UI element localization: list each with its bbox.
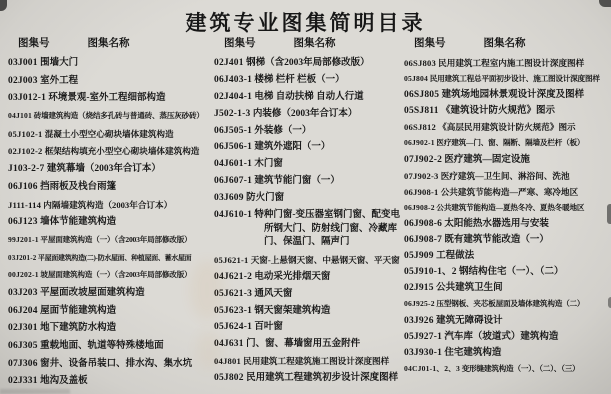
atlas-name: 建筑无障碍设计 [436,316,503,326]
atlas-name: 坡屋面建筑构造（一）（含2003年局部修改版） [40,270,191,279]
atlas-name: 百叶窗 [254,322,283,332]
catalog-entry: 04J101 砖墙建筑构造（烧结多孔砖与普通砖、蒸压灰砂砖） [8,110,210,123]
atlas-number: 05J802 [214,373,244,383]
scan-artifact [0,389,70,394]
atlas-number: 04J601-1 [214,159,252,169]
scan-artifact [607,204,611,224]
catalog-entry: 05J802 民用建筑工程建筑初步设计深度图样 [214,372,404,385]
scan-artifact [196,330,222,370]
atlas-name: 公共建筑节能构造—夏热冬冷、夏热冬暖地区 [436,203,584,212]
catalog-entry: 03J203 平屋面改坡屋面建筑构造 [8,287,210,300]
atlas-number: 06J106 [8,182,38,192]
atlas-number: 05J624-1 [214,322,252,332]
atlas-name: 特种门窗-变压器室钢门窗、配变电所钢大门、防射线门窗、冷藏库门、保温门、隔声门 [254,210,400,247]
atlas-name: 民用建筑工程室内施工图设计深度图样 [438,58,584,68]
atlas-name: 砖墙建筑构造（烧结多孔砖与普通砖、蒸压灰砂砖） [34,111,204,120]
catalog-entry: J111-114 内隔墙建筑构造（2003年合订本） [8,199,210,212]
atlas-number: 06J204 [8,306,38,316]
column-header-atlas-no: 图集号 [414,38,446,49]
catalog-entry: 02J915 公共建筑卫生间 [404,282,609,295]
catalog-entry: 06J908-6 太阳能热水器选用与安装 [404,218,609,231]
catalog-entry: 02J331 地沟及盖板 [8,375,210,388]
catalog-entry: 03J201-2 平屋面建筑构造(二)-防水屋面、种植屋面、蓄水屋面 [8,252,210,265]
atlas-name: 外装修（一） [254,126,311,136]
atlas-number: 06J505-1 [214,126,252,136]
catalog-entry: 07J902-3 医疗建筑—卫生间、淋浴间、洗池 [404,170,609,183]
catalog-entry: 04J601-1 木门窗 [214,158,404,171]
atlas-name: 内隔墙建筑构造（2003年合订本） [43,200,172,210]
atlas-name: 平屋面改坡屋面建筑构造 [40,288,145,298]
atlas-name: 民用建筑工程建筑施工图设计深度图样 [243,356,389,366]
atlas-name: 环境景观-室外工程细部构造 [48,93,165,103]
catalog-entry: 03J926 建筑无障碍设计 [404,315,609,328]
atlas-name: 墙体节能建筑构造 [40,217,116,227]
atlas-number: 05J927-1 [404,332,442,342]
catalog-entry: 07J902-2 医疗建筑—固定设施 [404,154,609,167]
catalog-entry: 05J804 民用建筑工程总平面初步设计、施工图设计深度图样 [404,73,609,86]
catalog-column-middle: 图集号图集名称 02J401 钢梯（含2003年局部修改版）06J403-1 楼… [214,37,404,389]
column-header: 图集号图集名称 [404,37,609,51]
catalog-entry: 03J012-1 环境景观-室外工程细部构造 [8,92,210,105]
atlas-name: 地沟及盖板 [40,376,88,386]
atlas-number: 02J915 [404,283,434,293]
atlas-number: 06SJ805 [404,90,439,100]
atlas-name: 屋面节能建筑构造 [40,306,116,316]
catalog-entry: 04J801 民用建筑工程建筑施工图设计深度图样 [214,355,404,368]
atlas-name: 窗井、设备吊装口、排水沟、集水坑 [40,359,192,369]
atlas-name: 建筑外遮阳（一） [254,142,330,152]
atlas-name: 内装修（2003年合订本） [253,109,358,119]
atlas-number: J502-1-3 [214,109,250,119]
atlas-name: 混凝土小型空心砌块墙体建筑构造 [45,129,174,139]
catalog-entry: 06J908-1 公共建筑节能构造—严寒、寒冷地区 [404,186,609,199]
atlas-number: 99J201-1 [8,235,39,244]
catalog-entry: 06J305 重载地面、轨道等特殊楼地面 [8,340,210,353]
document-page: 建筑专业图集简明目录 图集号图集名称 03J001 围墙大门02J003 室外工… [0,0,611,394]
catalog-entry: 04CJ01-1、2、3 变形缝建筑构造（一）、（二）、（三） [404,363,609,376]
catalog-entry: 04J631 门、窗、幕墙窗用五金附件 [214,338,404,351]
catalog-entry: 06J925-2 压型钢板、夹芯板屋面及墙体建筑构造（二） [404,298,609,311]
atlas-name: 平屋面建筑构造（一）（含2003年局部修改版） [40,235,191,244]
catalog-entry: 06J607-1 建筑节能门窗（一） [214,175,404,188]
atlas-number: 06J607-1 [214,176,252,186]
catalog-entry: 04J610-1 特种门窗-变压器室钢门窗、配变电所钢大门、防射线门窗、冷藏库门… [214,209,404,250]
atlas-name: 木门窗 [254,159,283,169]
catalog-entry: 06J123 墙体节能建筑构造 [8,216,210,229]
atlas-number: J103-2-7 [8,164,44,174]
atlas-name: 《建筑设计防火规范》图示 [441,106,555,116]
catalog-entry: 07J306 窗井、设备吊装口、排水沟、集水坑 [8,358,210,371]
catalog-entry: 05J624-1 百叶窗 [214,321,404,334]
atlas-number: 06J908-1 [404,187,439,197]
catalog-entry: 06J204 屋面节能建筑构造 [8,305,210,318]
atlas-name: 公共建筑卫生间 [436,283,503,293]
atlas-number: 06J908-6 [404,219,442,229]
atlas-number: 03J001 [8,58,38,68]
catalog-entry: 03J609 防火门窗 [214,192,404,205]
catalog-entry: 05J621-1 天窗-上悬钢天窗、中悬钢天窗、平天窗 [214,254,404,267]
catalog-entry: 05J102-1 混凝土小型空心砌块墙体建筑构造 [8,128,210,141]
atlas-number: 02J102-2 [8,146,43,156]
atlas-name: 医疗建筑—门、窗、隔断、隔墙及栏杆（板） [436,138,584,147]
atlas-name: 住宅建筑构造 [444,348,501,358]
column-header-atlas-name: 图集名称 [294,38,336,49]
catalog-entry: 02J102-2 框架结构填充小型空心砌块墙体建筑构造 [8,145,210,158]
catalog-entry: 06J506-1 建筑外遮阳（一） [214,141,404,154]
atlas-name: 电梯 自动扶梯 自动人行道 [254,92,363,102]
catalog-entry: 05J910-1、2 钢结构住宅（一）、（二） [404,266,609,279]
atlas-number: 03J201-2 [8,254,36,262]
atlas-number: 04J101 [8,111,32,120]
atlas-number: 05J910-1、2 [404,267,457,277]
catalog-entry: 02J404-1 电梯 自动扶梯 自动人行道 [214,91,404,104]
atlas-number: 05J621-1 [214,255,249,265]
atlas-name: 电动采光排烟天窗 [254,272,330,282]
atlas-number: 05J804 [404,74,428,83]
column-header-atlas-no: 图集号 [18,38,50,49]
atlas-name: 太阳能热水器选用与安装 [444,219,549,229]
atlas-number: 02J401 [214,58,244,68]
atlas-number: 06J925-2 [404,299,435,308]
catalog-entry: 06J902-1 医疗建筑—门、窗、隔断、隔墙及栏杆（板） [404,137,609,150]
atlas-number: 06SJ803 [404,58,436,68]
atlas-number: 07J306 [8,359,38,369]
catalog-entry: J103-2-7 建筑幕墙（2003年合订本） [8,163,210,176]
catalog-entry: 05J927-1 汽车库（坡道式）建筑构造 [404,331,609,344]
atlas-number: J111-114 [8,200,41,210]
atlas-name: 钢梯（含2003年局部修改版） [246,58,370,68]
catalog-entry: 02J301 地下建筑防水构造 [8,322,210,335]
catalog-rows: 06SJ803 民用建筑工程室内施工图设计深度图样05J804 民用建筑工程总平… [404,57,609,375]
atlas-number: 06J123 [8,217,38,227]
atlas-number: 02J404-1 [214,92,252,102]
atlas-number: 07J902-3 [404,171,439,181]
catalog-entry: 02J401 钢梯（含2003年局部修改版） [214,57,404,70]
atlas-name: 既有建筑节能改造（一） [444,235,549,245]
atlas-number: 06J403-1 [214,75,252,85]
catalog-entry: 06SJ812 《高层民用建筑设计防火规范》图示 [404,121,609,134]
atlas-name: 通风天窗 [254,289,292,299]
atlas-name: 《高层民用建筑设计防火规范》图示 [438,122,576,132]
atlas-name: 民用建筑工程建筑初步设计深度图样 [246,373,398,383]
atlas-number: 03J609 [214,193,244,203]
catalog-column-left: 图集号图集名称 03J001 围墙大门02J003 室外工程03J012-1 环… [8,37,210,393]
catalog-entry: 06J106 挡雨板及栈台雨篷 [8,181,210,194]
column-header-atlas-name: 图集名称 [484,38,526,49]
atlas-number: 02J331 [8,376,38,386]
catalog-entry: 05SJ811 《建筑设计防火规范》图示 [404,105,609,118]
atlas-name: 挡雨板及栈台雨篷 [40,182,116,192]
atlas-number: 06J305 [8,341,38,351]
catalog-entry: 05J909 工程做法 [404,250,609,263]
atlas-number: 04J610-1 [214,210,252,220]
atlas-name: 汽车库（坡道式）建筑构造 [444,332,558,342]
atlas-number: 03J926 [404,316,434,326]
atlas-number: 02J301 [8,323,38,333]
atlas-number: 05J909 [404,251,434,261]
catalog-rows: 03J001 围墙大门02J003 室外工程03J012-1 环境景观-室外工程… [8,57,210,388]
atlas-number: 05J102-1 [8,129,43,139]
column-header-atlas-no: 图集号 [224,38,256,49]
atlas-name: 建筑场地园林景观设计深度及图样 [442,90,585,100]
catalog-entry: 03J930-1 住宅建筑构造 [404,347,609,360]
atlas-name: 民用建筑工程总平面初步设计、施工图设计深度图样 [430,74,600,83]
catalog-entry: 02J003 室外工程 [8,75,210,88]
catalog-entry: 99J201-1 平屋面建筑构造（一）（含2003年局部修改版） [8,234,210,247]
atlas-name: 平屋面建筑构造(二)-防水屋面、种植屋面、蓄水屋面 [38,254,192,262]
atlas-number: 06SJ812 [404,122,436,132]
catalog-entry: 03J001 围墙大门 [8,57,210,70]
atlas-number: 06J506-1 [214,142,252,152]
atlas-name: 医疗建筑—卫生间、淋浴间、洗池 [441,171,570,181]
atlas-name: 楼梯 栏杆 栏板（一） [254,75,344,85]
scan-artifact [599,0,611,7]
atlas-name: 工程做法 [436,251,474,261]
atlas-name: 建筑幕墙（2003年合订本） [47,164,161,174]
page-title: 建筑专业图集简明目录 [0,7,611,37]
atlas-number: 03J203 [8,288,38,298]
atlas-name: 钢结构住宅（一）、（二） [459,267,564,277]
atlas-number: 02J003 [8,76,38,86]
atlas-name: 压型钢板、夹芯板屋面及墙体建筑构造（二） [436,299,584,308]
atlas-number: 06J908-2 [404,203,435,212]
atlas-number: 03J930-1 [404,348,442,358]
atlas-number: 05SJ811 [404,106,439,116]
catalog-rows: 02J401 钢梯（含2003年局部修改版）06J403-1 楼梯 栏杆 栏板（… [214,57,404,385]
catalog-entry: 06J505-1 外装修（一） [214,125,404,138]
atlas-number: 03J012-1 [8,93,46,103]
catalog-entry: 06J908-7 既有建筑节能改造（一） [404,234,609,247]
atlas-number: 04CJ01-1、2、3 [404,364,460,373]
catalog-entry: 04J621-2 电动采光排烟天窗 [214,271,404,284]
catalog-entry: 05J623-1 钢天窗架建筑构造 [214,305,404,318]
atlas-number: 00J202-1 [8,270,39,279]
catalog-entry: 06J908-2 公共建筑节能构造—夏热冬冷、夏热冬暖地区 [404,202,609,215]
catalog-entry: 06SJ803 民用建筑工程室内施工图设计深度图样 [404,57,609,70]
column-header: 图集号图集名称 [214,37,404,51]
atlas-name: 围墙大门 [40,58,78,68]
atlas-name: 医疗建筑—固定设施 [444,155,530,165]
catalog-entry: 06SJ805 建筑场地园林景观设计深度及图样 [404,89,609,102]
atlas-name: 钢天窗架建筑构造 [254,306,330,316]
atlas-name: 防火门窗 [246,193,284,203]
column-header: 图集号图集名称 [8,37,210,51]
atlas-name: 变形缝建筑构造（一）、（二）、（三） [462,364,580,373]
catalog-entry: 00J202-1 坡屋面建筑构造（一）（含2003年局部修改版） [8,269,210,282]
atlas-number: 06J908-7 [404,235,442,245]
atlas-name: 室外工程 [40,76,78,86]
atlas-number: 06J902-1 [404,138,435,147]
atlas-name: 天窗-上悬钢天窗、中悬钢天窗、平天窗 [251,255,400,265]
catalog-entry: J502-1-3 内装修（2003年合订本） [214,108,404,121]
atlas-name: 门、窗、幕墙窗用五金附件 [246,339,360,349]
catalog-entry: 05J621-3 通风天窗 [214,288,404,301]
scan-artifact [190,260,224,320]
catalog-entry: 06J403-1 楼梯 栏杆 栏板（一） [214,74,404,87]
atlas-name: 地下建筑防水构造 [40,323,116,333]
atlas-number: 07J902-2 [404,155,442,165]
column-header-atlas-name: 图集名称 [88,38,130,49]
atlas-name: 重载地面、轨道等特殊楼地面 [40,341,164,351]
atlas-name: 框架结构填充小型空心砌块墙体建筑构造 [45,146,200,156]
atlas-name: 公共建筑节能构造—严寒、寒冷地区 [441,187,579,197]
atlas-name: 建筑节能门窗（一） [254,176,340,186]
catalog-column-right: 图集号图集名称 06SJ803 民用建筑工程室内施工图设计深度图样05J804 … [404,37,609,379]
